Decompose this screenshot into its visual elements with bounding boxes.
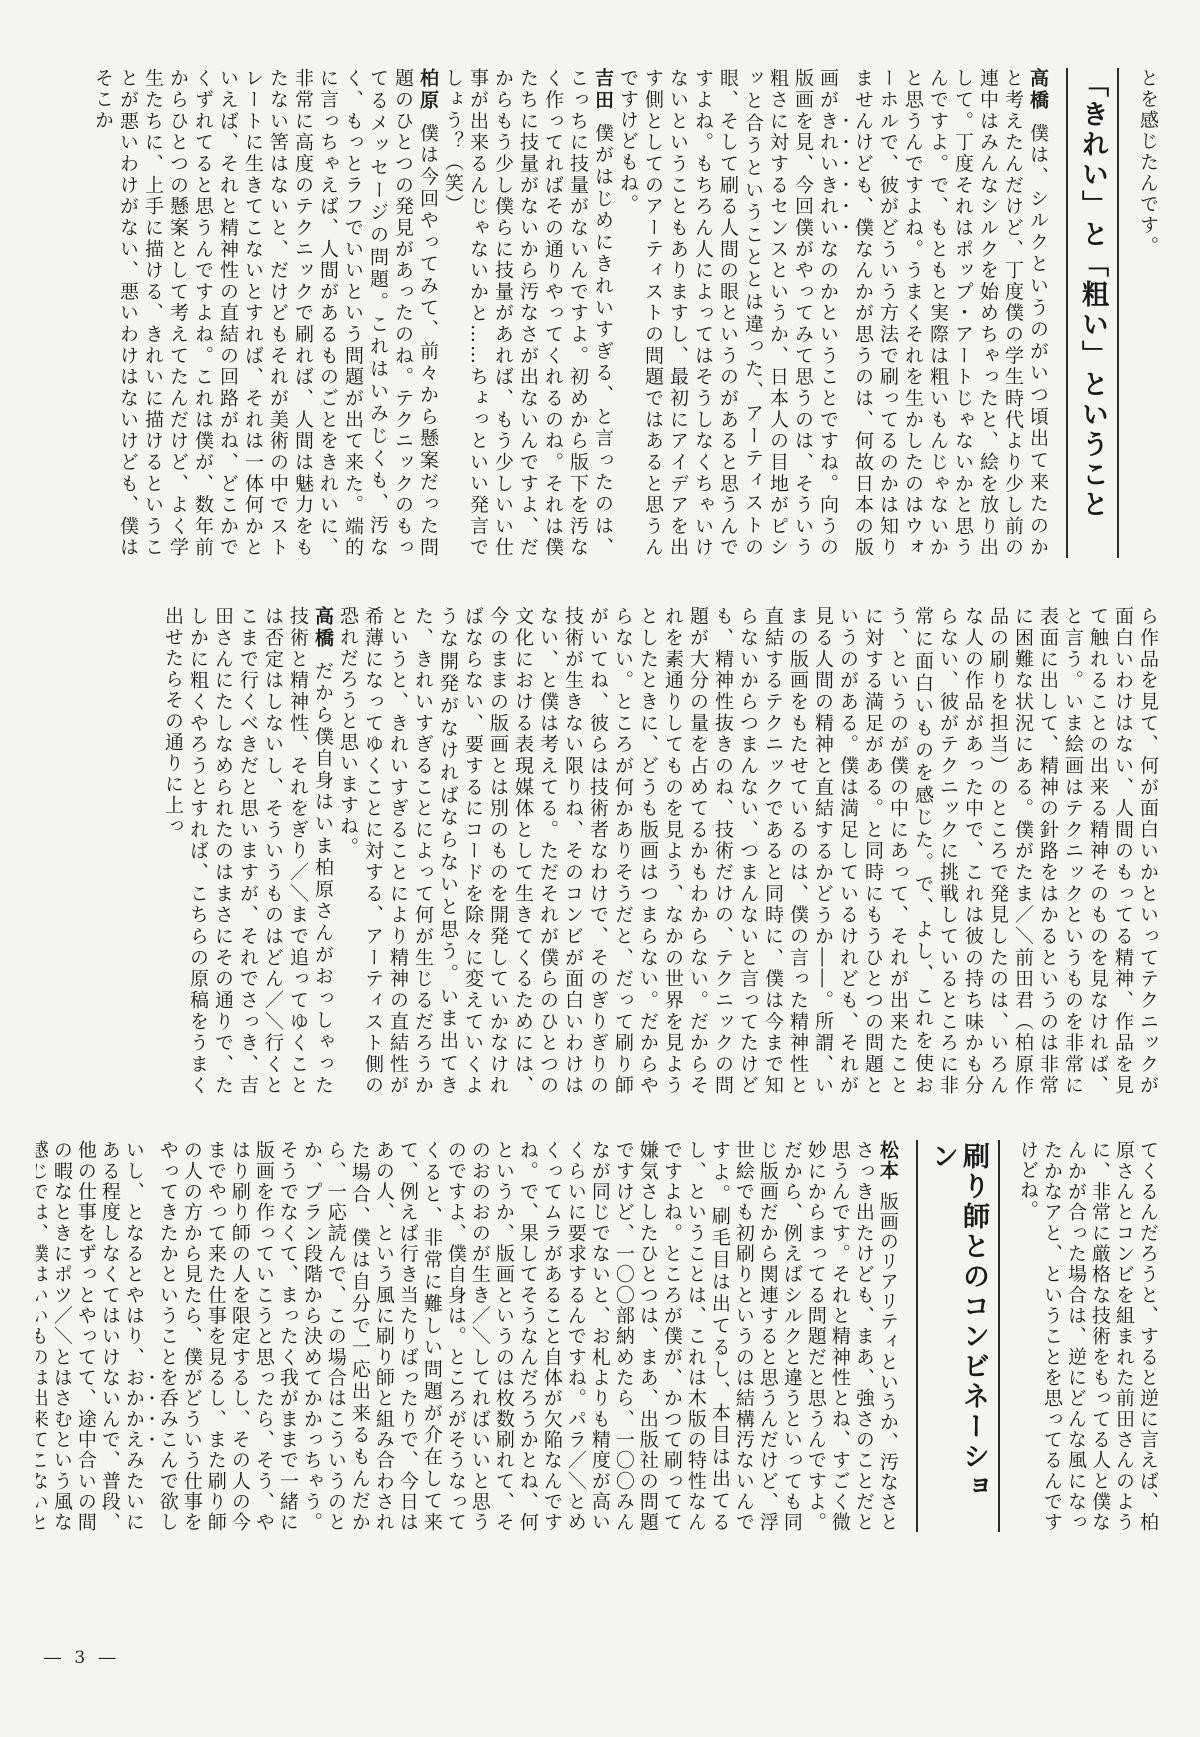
speaker-label-kashiwabara: 柏原: [417, 68, 439, 112]
paragraph-takahashi-1: 高橋僕は、シルクというのがいつ頃出て来たのかと考えたんだけど、丁度僕の学生時代よ…: [615, 68, 1050, 558]
kashiwabara-text: 僕は今回やってみて、前々から懸案だった問題のひとつの発見があったのね。テクニック…: [92, 68, 439, 558]
section-middle: ら作品を見て、何が面白いかといってテクニックが面白いわけはない、人間のもってる精…: [36, 606, 1160, 1096]
section-kirei-to-arai: とを感じたんです。 「きれい」と「粗い」ということ 高橋僕は、シルクというのがい…: [36, 68, 1160, 558]
paragraph-kashiwabara: 柏原僕は今回やってみて、前々から懸案だった問題のひとつの発見があったのね。テクニ…: [90, 68, 440, 558]
carryover-text: とを感じたんです。: [1137, 68, 1159, 257]
kashiwabara-continued-text: ら作品を見て、何が面白いかといってテクニックが面白いわけはない、人間のもってる精…: [337, 606, 1159, 1096]
magazine-page: とを感じたんです。 「きれい」と「粗い」ということ 高橋僕は、シルクというのがい…: [0, 0, 1200, 1737]
page-number: ― 3 ―: [44, 1648, 120, 1668]
heading-text-2: 刷り師とのコンビネーション: [927, 1142, 989, 1502]
carryover-paragraph: とを感じたんです。: [1135, 68, 1160, 558]
paragraph-matsumoto: 松本版画のリアリティというか、汚なさとさっき出たけども、まあ、強さのことだと思う…: [36, 1140, 900, 1532]
heading-text: 「きれい」と「粗い」ということ: [1077, 70, 1108, 520]
takahashi-1-text-b: なのかということですね。向うの版画を見、今回僕がやってみて思うのは、そういう粗さ…: [617, 68, 839, 558]
matsumoto-text-a: 版画のリアリティというか、汚なさとさっき出たけども、まあ、強さのことだと思うんで…: [123, 1140, 899, 1532]
speaker-label-takahashi-2: 高橋: [312, 606, 334, 650]
section-heading-surishi-combination: 刷り師とのコンビネーション: [916, 1140, 1000, 1532]
paragraph-takahashi-2-continued: てくるんだろうと、すると逆に言えば、柏原さんとコンビを組まれた前田さんのように、…: [1016, 1140, 1160, 1532]
speaker-label-takahashi: 高橋: [1027, 68, 1049, 112]
takahashi-2-continued-text: てくるんだろうと、すると逆に言えば、柏原さんとコンビを組まれた前田さんのように、…: [1017, 1140, 1159, 1532]
yoshida-text: 僕がはじめにきれいすぎる、と言ったのは、こっちに技量がないんですよ。初めから版下…: [442, 68, 614, 558]
speaker-label-matsumoto: 松本: [877, 1140, 899, 1180]
takahashi-2-text: だから僕自身はいま柏原さんがおっしゃった技術と精神性、それをぎり／＼まで追ってゆ…: [162, 606, 334, 1096]
section-heading-kirei-to-arai: 「きれい」と「粗い」ということ: [1066, 68, 1119, 558]
emphasized-text-okakae: おかかえ: [123, 1367, 145, 1450]
speaker-label-yoshida: 吉田: [592, 68, 614, 112]
paragraph-takahashi-2: 高橋だから僕自身はいま柏原さんがおっしゃった技術と精神性、それをぎり／＼まで追っ…: [160, 606, 335, 1096]
emphasized-text-kireikirei: きれいきれい: [817, 111, 839, 239]
paragraph-kashiwabara-continued: ら作品を見て、何が面白いかといってテクニックが面白いわけはない、人間のもってる精…: [335, 606, 1160, 1096]
takahashi-1-text-a: 僕は、シルクというのがいつ頃出て来たのかと考えたんだけど、丁度僕の学生時代より少…: [817, 68, 1049, 558]
paragraph-yoshida: 吉田僕がはじめにきれいすぎる、と言ったのは、こっちに技量がないんですよ。初めから…: [440, 68, 615, 558]
section-surishi-combination: てくるんだろうと、すると逆に言えば、柏原さんとコンビを組まれた前田さんのように、…: [36, 1140, 1160, 1532]
